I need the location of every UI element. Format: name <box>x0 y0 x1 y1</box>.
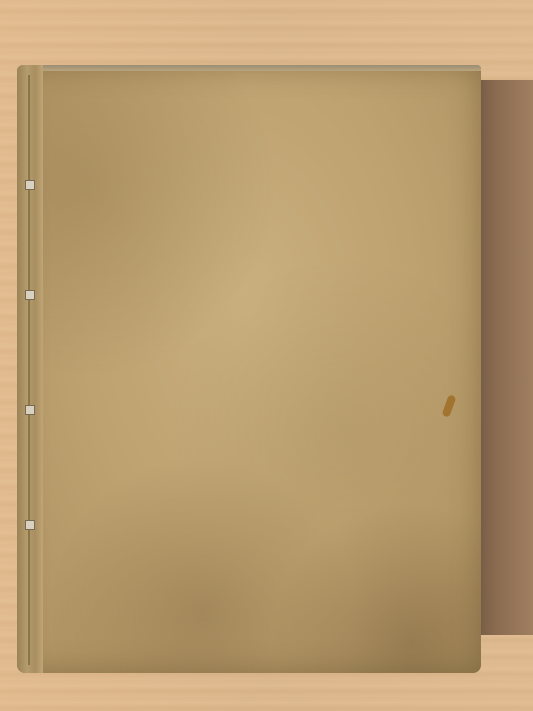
spine-tie-3 <box>25 405 35 415</box>
spine-tie-1 <box>25 180 35 190</box>
spine-tie-2 <box>25 290 35 300</box>
book-top-edge <box>37 65 481 71</box>
vellum-book-cover <box>17 65 481 673</box>
spine-fold-line <box>28 75 30 665</box>
cover-texture <box>17 65 481 673</box>
spine-tie-4 <box>25 520 35 530</box>
book-spine <box>17 65 43 673</box>
